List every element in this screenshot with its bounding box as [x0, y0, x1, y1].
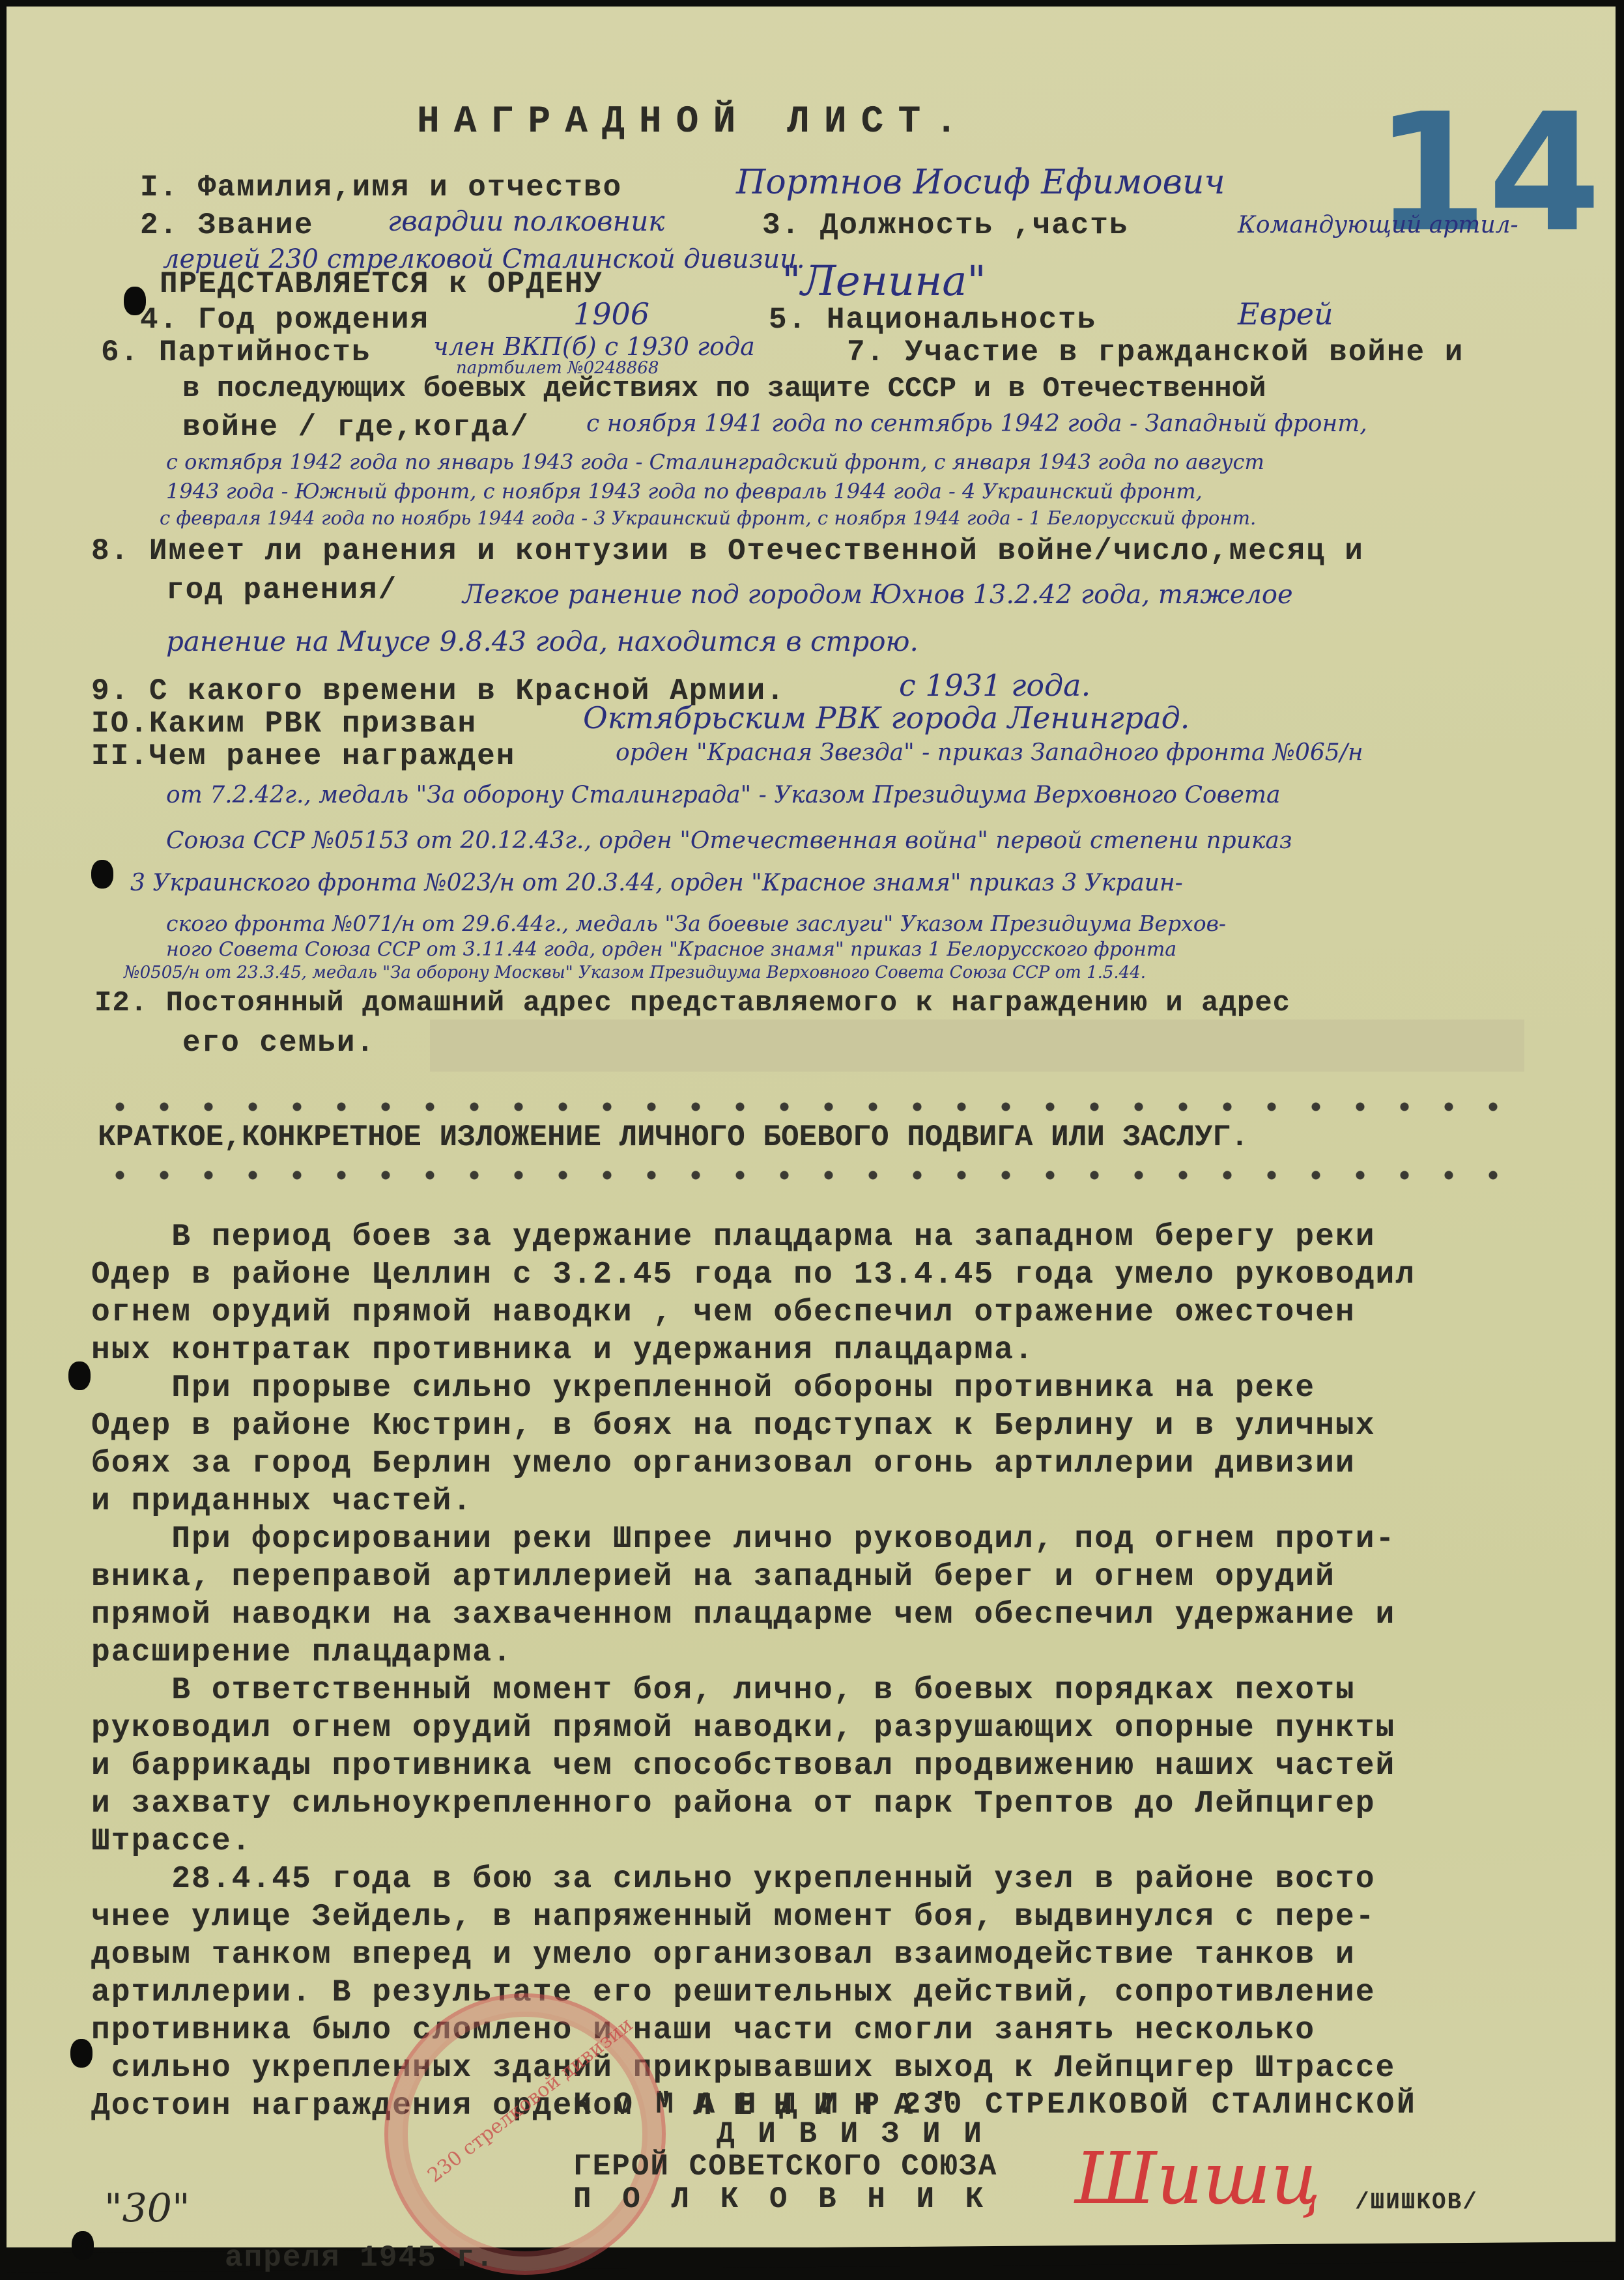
- field-12-label-line2: его семьи.: [182, 1026, 375, 1060]
- field-11-value-line5: ского фронта №071/н от 29.6.44г., медаль…: [166, 911, 1226, 936]
- summary-line: В период боев за удержание плацдарма на …: [91, 1218, 1416, 1256]
- field-7-value-line2: с октября 1942 года по январь 1943 года …: [166, 449, 1264, 474]
- commander-signature: Шишц: [1075, 2137, 1320, 2220]
- summary-line: огнем орудий прямой наводки , чем обеспе…: [91, 1294, 1416, 1332]
- field-7-value-line3: 1943 года - Южный фронт, с ноября 1943 г…: [166, 479, 1203, 504]
- field-8-label-line1: 8. Имеет ли ранения и контузии в Отечест…: [91, 534, 1364, 568]
- field-11-value-line4: 3 Украинского фронта №023/н от 20.3.44, …: [130, 870, 1183, 896]
- field-1-label: I. Фамилия,имя и отчество: [140, 171, 622, 205]
- field-1-value: Портнов Иосиф Ефимович: [736, 163, 1225, 202]
- signatory-name: /ШИШКОВ/: [1355, 2189, 1478, 2216]
- field-6-label: 6. Партийность: [101, 335, 371, 369]
- punch-hole: [72, 2231, 94, 2260]
- presented-order-value: "Ленина": [782, 257, 986, 306]
- summary-line: довым танком вперед и умело организовал …: [91, 1936, 1416, 1974]
- field-10-value: Октябрьским РВК города Ленинград.: [583, 700, 1190, 735]
- punch-hole: [70, 2039, 93, 2068]
- field-4-value: 1906: [573, 296, 649, 332]
- summary-line: В ответственный момент боя, лично, в бое…: [91, 1672, 1416, 1709]
- field-11-value-line2: от 7.2.42г., медаль "За оборону Сталингр…: [166, 782, 1281, 808]
- field-4-label: 4. Год рождения: [140, 303, 429, 337]
- field-10-label: IO.Каким РВК призван: [91, 707, 477, 741]
- summary-line: 28.4.45 года в бою за сильно укрепленный…: [91, 1860, 1416, 1898]
- signature-line-3: ГЕРОЙ СОВЕТСКОГО СОЮЗА: [573, 2150, 997, 2184]
- summary-line: Одер в районе Целлин с 3.2.45 года по 13…: [91, 1256, 1416, 1294]
- summary-line: и баррикады противника чем способствовал…: [91, 1747, 1416, 1785]
- field-9-value: с 1931 года.: [899, 668, 1090, 703]
- field-5-label: 5. Национальность: [769, 303, 1096, 337]
- field-7-label-line3: войне / где,когда/: [182, 410, 530, 444]
- field-7-value-line1: с ноября 1941 года по сентябрь 1942 года…: [586, 410, 1367, 437]
- field-8-value-line1: Легкое ранение под городом Юхнов 13.2.42…: [463, 580, 1293, 610]
- summary-line: ных контратак противника и удержания пла…: [91, 1332, 1416, 1369]
- punch-hole: [91, 860, 113, 889]
- field-6-value: член ВКП(б) с 1930 года: [433, 332, 755, 361]
- signature-line-1: К О М А Н Д И Р 230 СТРЕЛКОВОЙ СТАЛИНСКО…: [573, 2088, 1417, 2122]
- field-3-label: 3. Должность ,часть: [762, 208, 1129, 242]
- summary-line: артиллерии. В результате его решительных…: [91, 1974, 1416, 2012]
- field-2-value: гвардии полковник: [388, 205, 664, 237]
- summary-line: и захвату сильноукрепленного района от п…: [91, 1785, 1416, 1823]
- presented-label: ПРЕДСТАВЛЯЕТСЯ к ОРДЕНУ: [160, 267, 603, 301]
- field-11-value-line6: ного Совета Союза ССР от 3.11.44 года, о…: [166, 938, 1176, 961]
- dotted-separator: [98, 1102, 1531, 1111]
- date-rest: апреля 1945 г.: [225, 2241, 494, 2275]
- summary-line: Одер в районе Кюстрин, в боях на подступ…: [91, 1407, 1416, 1445]
- summary-body: В период боев за удержание плацдарма на …: [91, 1218, 1416, 2125]
- field-11-value-line3: Союза ССР №05153 от 20.12.43г., орден "О…: [166, 827, 1292, 854]
- summary-heading: КРАТКОЕ,КОНКРЕТНОЕ ИЗЛОЖЕНИЕ ЛИЧНОГО БОЕ…: [98, 1120, 1249, 1154]
- field-8-value-line2: ранение на Миусе 9.8.43 года, находится …: [166, 625, 919, 657]
- field-11-value-line1: орден "Красная Звезда" - приказ Западног…: [616, 739, 1363, 766]
- punch-hole: [68, 1361, 91, 1390]
- field-2-label: 2. Звание: [140, 208, 313, 242]
- archive-mark: 14: [1375, 78, 1601, 268]
- field-7-label-line2: в последующих боевых действиях по защите…: [182, 373, 1266, 405]
- summary-line: сильно укрепленных зданий прикрывавших в…: [91, 2049, 1416, 2087]
- summary-line: расширение плацдарма.: [91, 1634, 1416, 1672]
- dotted-separator: [98, 1171, 1531, 1180]
- field-11-label: II.Чем ранее награжден: [91, 739, 515, 773]
- summary-line: чнее улице Зейдель, в напряженный момент…: [91, 1898, 1416, 1936]
- summary-line: Штрассе.: [91, 1823, 1416, 1860]
- summary-line: противника было сломлено и наши части см…: [91, 2012, 1416, 2049]
- summary-line: боях за город Берлин умело организовал о…: [91, 1445, 1416, 1483]
- field-7-value-line4: с февраля 1944 года по ноябрь 1944 года …: [160, 507, 1256, 529]
- field-3-value-line1: Командующий артил-: [1238, 212, 1518, 238]
- summary-line: руководил огнем орудий прямой наводки, р…: [91, 1709, 1416, 1747]
- summary-line: прямой наводки на захваченном плацдарме …: [91, 1596, 1416, 1634]
- field-7-label-line1: 7. Участие в гражданской войне и: [847, 335, 1464, 369]
- signature-line-2: Д И В И З И И: [717, 2117, 984, 2151]
- summary-line: При форсировании реки Шпрее лично руково…: [91, 1520, 1416, 1558]
- document-title: НАГРАДНОЙ ЛИСТ.: [417, 101, 972, 143]
- summary-line: При прорыве сильно укрепленной обороны п…: [91, 1369, 1416, 1407]
- field-11-value-line7: №0505/н от 23.3.45, медаль "За оборону М…: [124, 963, 1146, 982]
- summary-line: вника, переправой артиллерией на западны…: [91, 1558, 1416, 1596]
- signature-line-4: П О Л К О В Н И К: [573, 2182, 990, 2216]
- redacted-address: [430, 1019, 1524, 1072]
- field-12-label-line1: I2. Постоянный домашний адрес представля…: [94, 987, 1290, 1019]
- field-5-value: Еврей: [1238, 296, 1333, 332]
- date-day: "30": [104, 2186, 190, 2231]
- field-8-label-line2: год ранения/: [166, 573, 397, 607]
- summary-line: и приданных частей.: [91, 1483, 1416, 1520]
